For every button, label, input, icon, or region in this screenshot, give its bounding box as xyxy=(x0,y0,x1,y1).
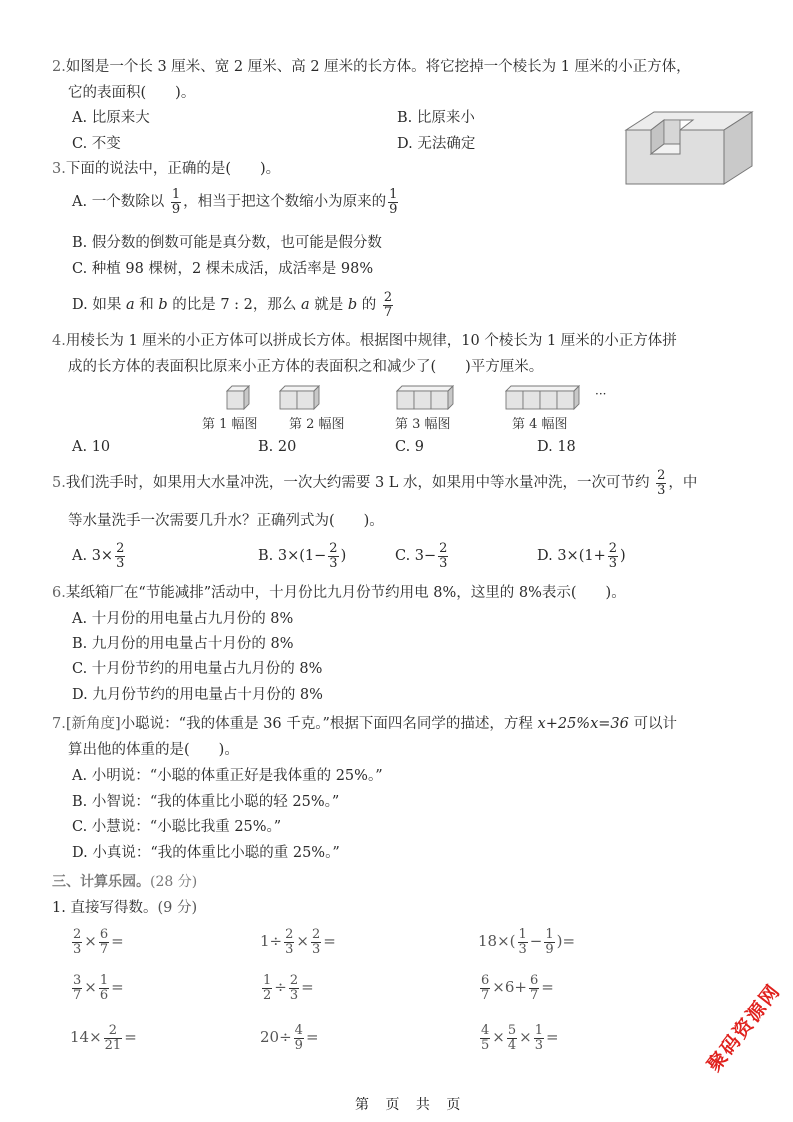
q5-number: 5. xyxy=(52,475,66,491)
fraction: 23 xyxy=(656,469,666,498)
q5-option-a[interactable]: A. 3×23 xyxy=(72,540,127,572)
q3-option-d[interactable]: D. 如果 a 和 b 的比是 7 : 2，那么 a 就是 b 的 27 xyxy=(72,289,395,321)
fraction: 27 xyxy=(383,291,393,320)
q4-line2: 成的长方体的表面积比原来小正方体的表面积之和减少了( )平方厘米。 xyxy=(68,357,543,377)
fraction: 19 xyxy=(544,928,554,957)
fraction: 16 xyxy=(99,974,109,1003)
q2-stem: 如图是一个长 3 厘米、宽 2 厘米、高 2 厘米的长方体。将它挖掉一个棱长为 … xyxy=(66,59,691,75)
fraction: 67 xyxy=(529,974,539,1003)
q3-number: 3. xyxy=(52,161,66,177)
q6-option-d[interactable]: D. 九月份节约的用电量占十月份的 8% xyxy=(72,685,323,705)
q4-option-b[interactable]: B. 20 xyxy=(258,437,296,457)
q2-option-d[interactable]: D. 无法确定 xyxy=(397,134,475,154)
q3-option-c[interactable]: C. 种植 98 棵树，2 棵未成活，成活率是 98% xyxy=(72,259,373,279)
section-3-points: (28 分) xyxy=(150,874,197,890)
q7-tag: [新角度] xyxy=(66,716,121,732)
q7-option-b[interactable]: B. 小智说：“我的体重比小聪的轻 25%。” xyxy=(72,792,339,812)
q6-option-c[interactable]: C. 十月份节约的用电量占九月份的 8% xyxy=(72,659,322,679)
calc-problem: 45×54×13= xyxy=(478,1020,559,1054)
figure-caption-2: 第 2 幅图 xyxy=(289,413,345,432)
q7-option-c[interactable]: C. 小慧说：“小聪比我重 25%。” xyxy=(72,817,281,837)
fraction: 23 xyxy=(608,542,618,571)
figure-caption-4: 第 4 幅图 xyxy=(512,413,568,432)
q7-number: 7. xyxy=(52,716,66,732)
q2-line1: 2.如图是一个长 3 厘米、宽 2 厘米、高 2 厘米的长方体。将它挖掉一个棱长… xyxy=(52,57,691,77)
q5-line1: 5.我们洗手时，如果用大水量冲洗，一次大约需要 3 L 水，如果用中等水量冲洗，… xyxy=(52,467,697,499)
watermark: 聚码资源网 xyxy=(700,977,786,1076)
q3-option-a[interactable]: A. 一个数除以 19，相当于把这个数缩小为原来的19 xyxy=(72,186,400,218)
calc-problem: 37×16= xyxy=(70,970,124,1004)
calc-problem: 23×67= xyxy=(70,924,124,958)
fraction: 23 xyxy=(115,542,125,571)
q6-option-b[interactable]: B. 九月份的用电量占十月份的 8% xyxy=(72,634,294,654)
q5-option-b[interactable]: B. 3×(1−23) xyxy=(258,540,346,572)
q4-option-c[interactable]: C. 9 xyxy=(395,437,424,457)
fraction: 23 xyxy=(289,974,299,1003)
fraction: 12 xyxy=(262,974,272,1003)
q7-equation: x+25%x=36 xyxy=(538,716,629,732)
page-footer: 第 页 共 页 xyxy=(355,1094,466,1114)
fraction: 23 xyxy=(284,928,294,957)
calc-problem: 1÷23×23= xyxy=(260,924,336,958)
fraction: 23 xyxy=(328,542,338,571)
q3-stem: 下面的说法中，正确的是( )。 xyxy=(66,161,280,177)
section-3-heading: 三、计算乐园。(28 分) xyxy=(52,872,197,892)
q3-stem-line: 3.下面的说法中，正确的是( )。 xyxy=(52,159,280,179)
cube-row-figures xyxy=(200,385,620,413)
fraction: 49 xyxy=(294,1024,304,1053)
q5-option-d[interactable]: D. 3×(1+23) xyxy=(537,540,626,572)
q7-line1: 7.[新角度]小聪说：“我的体重是 36 千克。”根据下面四名同学的描述，方程 … xyxy=(52,714,677,734)
q6-stem: 某纸箱厂在“节能减排”活动中，十月份比九月份节约用电 8%，这里的 8%表示( … xyxy=(66,585,626,601)
fraction: 45 xyxy=(480,1024,490,1053)
subsection-1-title: 1. 直接写得数。 xyxy=(52,900,157,916)
q7-line2: 算出他的体重的是( )。 xyxy=(68,740,239,760)
q6-option-a[interactable]: A. 十月份的用电量占九月份的 8% xyxy=(72,609,293,629)
calc-problem: 14×221= xyxy=(70,1020,137,1054)
q2-option-a[interactable]: A. 比原来大 xyxy=(72,108,150,128)
fraction: 67 xyxy=(480,974,490,1003)
q3-option-b[interactable]: B. 假分数的倒数可能是真分数，也可能是假分数 xyxy=(72,233,382,253)
q4-line1: 4.用棱长为 1 厘米的小正方体可以拼成长方体。根据图中规律，10 个棱长为 1… xyxy=(52,331,677,351)
q2-option-c[interactable]: C. 不变 xyxy=(72,134,121,154)
figure-caption-1: 第 1 幅图 xyxy=(202,413,258,432)
q7-option-a[interactable]: A. 小明说：“小聪的体重正好是我体重的 25%。” xyxy=(72,766,383,786)
calc-problem: 18×(13−19)= xyxy=(478,924,575,958)
figure-caption-3: 第 3 幅图 xyxy=(395,413,451,432)
fraction: 19 xyxy=(171,188,181,217)
calc-problem: 67×6+67= xyxy=(478,970,554,1004)
q4-number: 4. xyxy=(52,333,66,349)
q2-number: 2. xyxy=(52,59,66,75)
fraction: 37 xyxy=(72,974,82,1003)
subsection-1-heading: 1. 直接写得数。(9 分) xyxy=(52,898,197,918)
q2-option-b[interactable]: B. 比原来小 xyxy=(397,108,475,128)
fraction: 67 xyxy=(99,928,109,957)
q3-a-text2: ，相当于把这个数缩小为原来的 xyxy=(183,194,386,210)
q6-number: 6. xyxy=(52,585,66,601)
q5-line2: 等水量洗手一次需要几升水？正确列式为( )。 xyxy=(68,511,384,531)
cuboid-with-notch-icon xyxy=(620,108,755,188)
q3-a-text: A. 一个数除以 xyxy=(72,194,164,210)
q6-stem-line: 6.某纸箱厂在“节能减排”活动中，十月份比九月份节约用电 8%，这里的 8%表示… xyxy=(52,583,626,603)
q4-option-a[interactable]: A. 10 xyxy=(72,437,110,457)
fraction: 23 xyxy=(72,928,82,957)
fraction: 54 xyxy=(507,1024,517,1053)
fraction: 13 xyxy=(518,928,528,957)
fraction: 19 xyxy=(388,188,398,217)
q4-option-d[interactable]: D. 18 xyxy=(537,437,576,457)
fraction: 23 xyxy=(311,928,321,957)
calc-problem: 12÷23= xyxy=(260,970,314,1004)
ellipsis: ··· xyxy=(595,387,606,401)
fraction: 13 xyxy=(534,1024,544,1053)
q2-line2: 它的表面积( )。 xyxy=(68,83,195,103)
calc-problem: 20÷49= xyxy=(260,1020,319,1054)
section-3-title: 三、计算乐园。 xyxy=(52,874,150,890)
fraction: 221 xyxy=(104,1024,123,1053)
q5-option-c[interactable]: C. 3−23 xyxy=(395,540,450,572)
fraction: 23 xyxy=(438,542,448,571)
subsection-1-points: (9 分) xyxy=(157,900,197,916)
q4-stem: 用棱长为 1 厘米的小正方体可以拼成长方体。根据图中规律，10 个棱长为 1 厘… xyxy=(66,333,677,349)
q7-option-d[interactable]: D. 小真说：“我的体重比小聪的重 25%。” xyxy=(72,843,340,863)
